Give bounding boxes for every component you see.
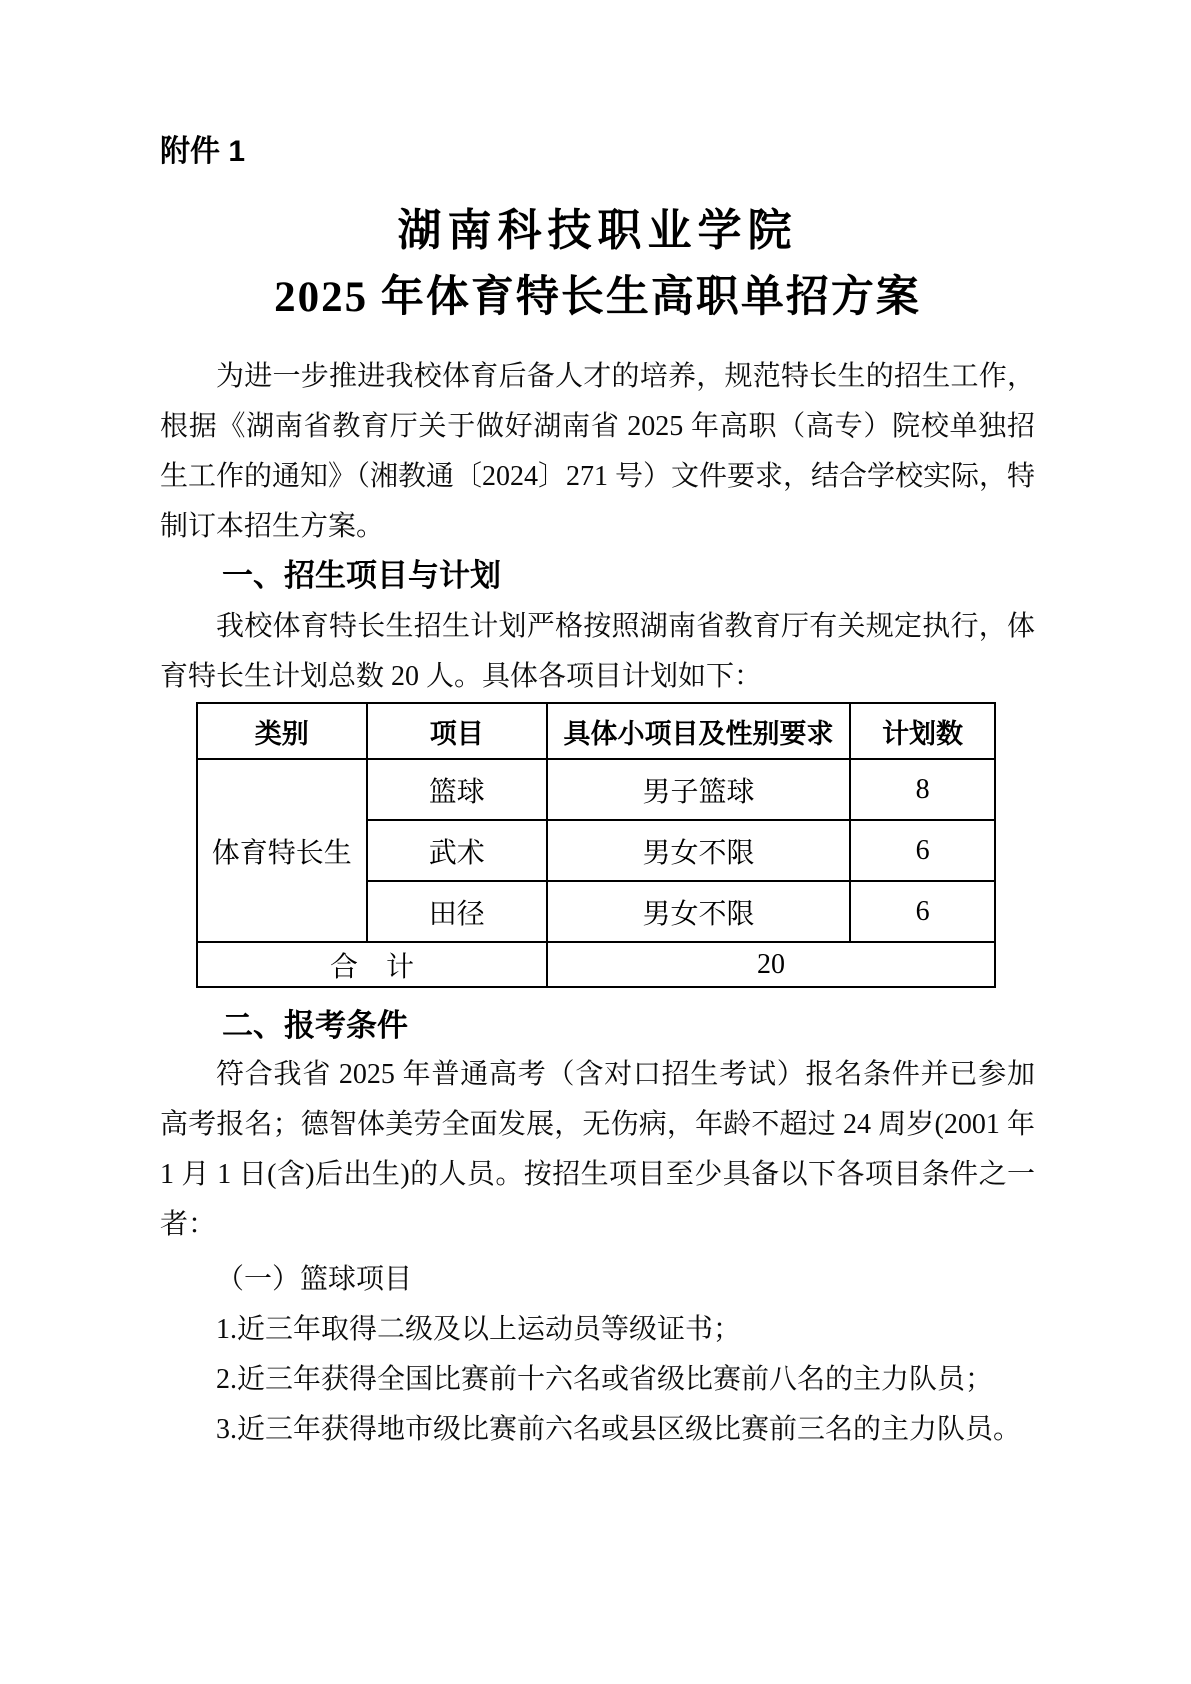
cell-detail: 男女不限 bbox=[547, 881, 850, 942]
intro-paragraph: 为进一步推进我校体育后备人才的培养，规范特长生的招生工作，根据《湖南省教育厅关于… bbox=[160, 352, 1035, 552]
cell-project: 篮球 bbox=[367, 759, 547, 820]
document-page: 附件 1 湖南科技职业学院 2025 年体育特长生高职单招方案 为进一步推进我校… bbox=[0, 0, 1191, 1684]
section2-paragraph: 符合我省 2025 年普通高考（含对口招生考试）报名条件并已参加高考报名；德智体… bbox=[160, 1050, 1035, 1250]
section1-paragraph: 我校体育特长生招生计划严格按照湖南省教育厅有关规定执行，体育特长生计划总数 20… bbox=[160, 602, 1035, 702]
cell-count: 8 bbox=[850, 759, 995, 820]
section2-subheading: （一）篮球项目 bbox=[160, 1255, 1035, 1305]
header-category: 类别 bbox=[197, 703, 367, 759]
condition-item-2: 2.近三年获得全国比赛前十六名或省级比赛前八名的主力队员； bbox=[160, 1355, 1035, 1405]
cell-project: 武术 bbox=[367, 820, 547, 881]
section2-heading: 二、报考条件 bbox=[160, 1002, 1035, 1050]
header-detail: 具体小项目及性别要求 bbox=[547, 703, 850, 759]
cell-detail: 男女不限 bbox=[547, 820, 850, 881]
condition-item-3: 3.近三年获得地市级比赛前六名或县区级比赛前三名的主力队员。 bbox=[160, 1405, 1035, 1455]
total-value: 20 bbox=[547, 942, 995, 987]
table-header-row: 类别 项目 具体小项目及性别要求 计划数 bbox=[197, 703, 995, 759]
cell-count: 6 bbox=[850, 820, 995, 881]
section1-heading: 一、招生项目与计划 bbox=[160, 552, 1035, 600]
total-label: 合 计 bbox=[197, 942, 547, 987]
cell-category: 体育特长生 bbox=[197, 759, 367, 942]
condition-item-1: 1.近三年取得二级及以上运动员等级证书； bbox=[160, 1305, 1035, 1355]
table-row: 体育特长生 篮球 男子篮球 8 bbox=[197, 759, 995, 820]
header-count: 计划数 bbox=[850, 703, 995, 759]
cell-project: 田径 bbox=[367, 881, 547, 942]
enrollment-plan-table: 类别 项目 具体小项目及性别要求 计划数 体育特长生 篮球 男子篮球 8 武术 … bbox=[196, 702, 996, 988]
attachment-label: 附件 1 bbox=[160, 130, 1035, 174]
cell-count: 6 bbox=[850, 881, 995, 942]
document-title: 湖南科技职业学院 bbox=[160, 204, 1035, 258]
header-project: 项目 bbox=[367, 703, 547, 759]
document-subtitle: 2025 年体育特长生高职单招方案 bbox=[160, 270, 1035, 326]
table-total-row: 合 计 20 bbox=[197, 942, 995, 987]
cell-detail: 男子篮球 bbox=[547, 759, 850, 820]
